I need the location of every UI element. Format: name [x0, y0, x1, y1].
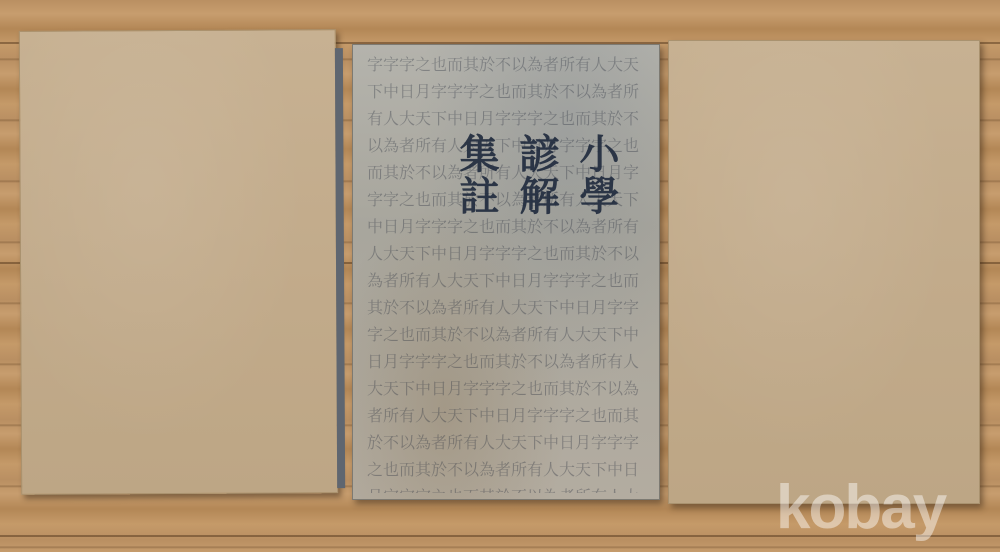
calligraphy-title: 小學 諺解 集註 — [423, 133, 633, 363]
title-column: 諺解 — [513, 133, 559, 217]
watermark: kobay — [776, 472, 945, 543]
book-left — [19, 29, 338, 495]
book-right — [668, 40, 980, 504]
book-spine — [335, 48, 345, 488]
book-middle: 字字字之也而其於不以為者所有人大天下中日月字字字之也而其於不以為者所有人大天下中… — [352, 44, 660, 500]
title-column: 集註 — [453, 133, 499, 217]
title-column: 小學 — [573, 133, 619, 217]
